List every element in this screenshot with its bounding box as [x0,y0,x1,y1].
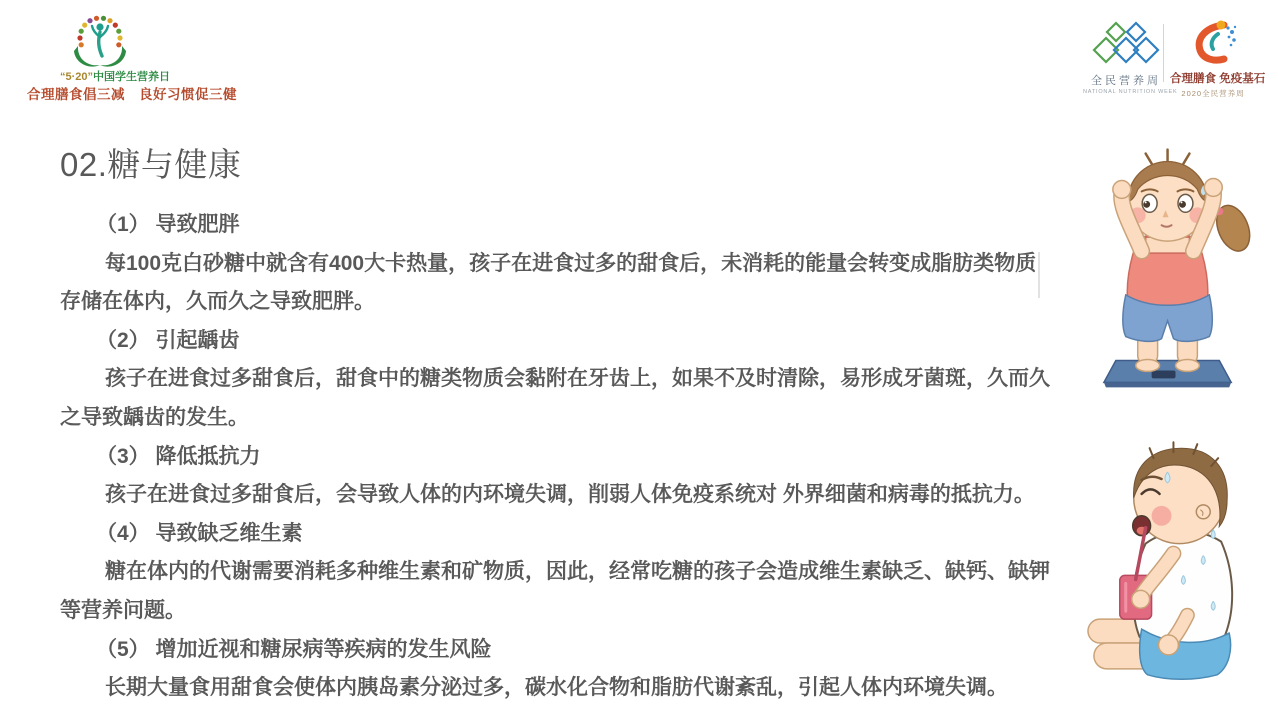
caption-520: “5·20” [60,71,93,83]
section-3-heading: （3） 降低抵抗力 [60,438,1052,477]
section-2-body: 孩子在进食过多甜食后，甜食中的糖类物质会黏附在牙齿上，如果不及时清除，易形成牙菌… [60,360,1052,437]
section-5-body: 长期大量食用甜食会使体内胰岛素分泌过多，碳水化合物和脂肪代谢紊乱，引起人体内环境… [60,669,1052,708]
campaign-logo-block: 合理膳食 免疫基石 2020全民营养周 [1170,18,1256,99]
student-nutrition-day-logo-icon [62,14,138,70]
campaign-title: 合理膳食 免疫基石 [1170,70,1256,86]
section-3-body: 孩子在进食过多甜食后，会导致人体的内环境失调，削弱人体免疫系统对 外界细菌和病毒… [60,476,1052,515]
nutrition-week-title: 全民营养周 [1083,72,1169,88]
section-1-body: 每100克白砂糖中就含有400大卡热量，孩子在进食过多的甜食后，未消耗的能量会转… [60,245,1052,322]
section-5-heading: （5） 增加近视和糖尿病等疾病的发生风险 [60,631,1052,670]
nutrition-slogan: 合理膳食倡三减 良好习惯促三健 [27,83,227,103]
section-4-body: 糖在体内的代谢需要消耗多种维生素和矿物质，因此，经常吃糖的孩子会造成维生素缺乏、… [60,553,1052,630]
section-2-heading: （2） 引起龋齿 [60,322,1052,361]
caption-text: 中国学生营养日 [93,71,170,83]
overweight-girl-on-scale-illustration [1086,143,1270,391]
nutrition-week-mountains-icon [1091,20,1161,66]
student-day-caption: “5·20”中国学生营养日 [20,68,210,84]
overweight-boy-drinking-illustration [1084,424,1248,698]
slide: “5·20”中国学生营养日 合理膳食倡三减 良好习惯促三健 全民营养周 NATI… [0,0,1280,720]
section-1-heading: （1） 导致肥胖 [60,206,1052,245]
section-4-heading: （4） 导致缺乏维生素 [60,515,1052,554]
campaign-swoosh-icon [1188,18,1238,64]
faint-artifact-line [1038,252,1040,298]
page-title: 02.糖与健康 [60,144,1052,186]
nutrition-week-logo-block: 全民营养周 NATIONAL NUTRITION WEEK [1083,20,1169,95]
slide-content: 02.糖与健康 （1） 导致肥胖 每100克白砂糖中就含有400大卡热量，孩子在… [60,144,1052,708]
nutrition-week-subtitle: NATIONAL NUTRITION WEEK [1083,89,1169,95]
campaign-subtitle: 2020全民营养周 [1170,88,1256,99]
header-divider [1163,24,1164,82]
